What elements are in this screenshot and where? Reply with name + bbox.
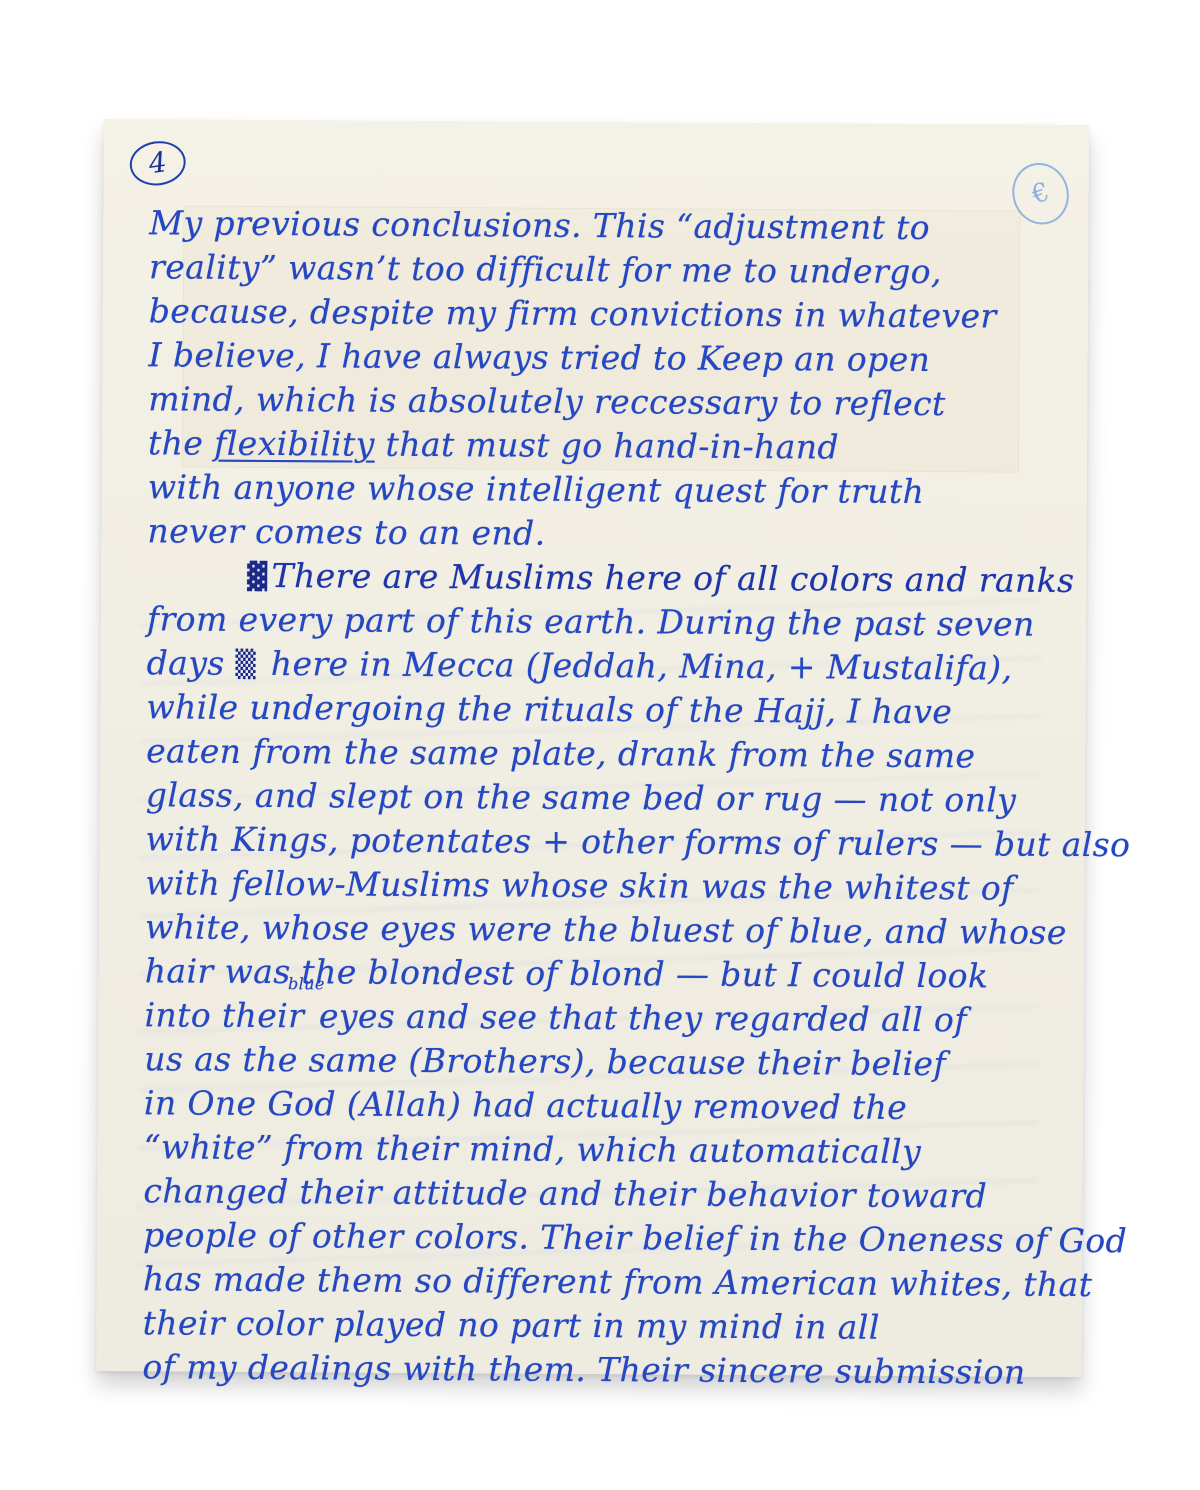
text-line-12: while undergoing the rituals of the Hajj… (146, 685, 1046, 734)
crossed-out-mark-icon: ▒ (235, 643, 256, 687)
text-segment: that must go hand-in-hand (375, 425, 839, 467)
text-segment: eyes and see that they regarded all of (308, 996, 967, 1039)
text-line-10: from every part of this earth. During th… (147, 597, 1047, 646)
inserted-word-blue: blue (288, 976, 325, 992)
text-line-16: with fellow-Muslims whose skin was the w… (145, 861, 1045, 910)
text-line-8: never comes to an end. (147, 509, 1047, 558)
text-line-9-paragraph-start: ▓There are Muslims here of all colors an… (147, 553, 1047, 602)
text-line-13: eaten from the same plate, drank from th… (146, 729, 1046, 778)
circled-page-number: 4 (127, 138, 188, 189)
caret-insertion: blue (304, 994, 308, 1038)
text-segment: the (148, 423, 214, 462)
text-line-26: their color played no part in my mind in… (143, 1301, 1043, 1350)
text-segment: into their (144, 995, 304, 1035)
underlined-word-flexibility: flexibility (214, 424, 375, 464)
text-line-18: hair was the blondest of blond — but I c… (145, 949, 1045, 998)
crossed-out-mark-icon: ▓ (247, 555, 268, 599)
text-line-22: “white” from their mind, which automatic… (144, 1125, 1044, 1174)
text-segment: days (147, 643, 236, 683)
text-line-17: white, whose eyes were the bluest of blu… (145, 905, 1045, 954)
text-line-2: reality” wasn’t too difficult for me to … (149, 245, 1049, 294)
handwritten-text: My previous conclusions. This “adjustmen… (142, 201, 1049, 1394)
text-line-27: of my dealings with them. Their sincere … (142, 1345, 1042, 1394)
text-line-6: the flexibility that must go hand-in-han… (148, 421, 1048, 470)
text-line-24: people of other colors. Their belief in … (143, 1213, 1043, 1262)
text-line-14: glass, and slept on the same bed or rug … (146, 773, 1046, 822)
text-line-25: has made them so different from American… (143, 1257, 1043, 1306)
text-line-7: with anyone whose intelligent quest for … (148, 465, 1048, 514)
text-line-19: into their blue eyes and see that they r… (144, 993, 1044, 1042)
text-line-3: because, despite my firm convictions in … (149, 289, 1049, 338)
text-line-4: I believe, I have always tried to Keep a… (148, 333, 1048, 382)
text-line-5: mind, which is absolutely reccessary to … (148, 377, 1048, 426)
text-segment: There are Muslims here of all colors and… (272, 556, 1075, 600)
text-line-21: in One God (Allah) had actually removed … (144, 1081, 1044, 1130)
text-line-11: days ▒ here in Mecca (Jeddah, Mina, + Mu… (147, 641, 1047, 690)
text-line-15: with Kings, potentates + other forms of … (145, 817, 1045, 866)
text-line-23: changed their attitude and their behavio… (143, 1169, 1043, 1218)
letter-page: 4 € My previous conclusions. This “adjus… (96, 119, 1089, 1377)
text-segment: here in Mecca (Jeddah, Mina, + Mustalifa… (260, 644, 1013, 688)
text-line-20: us as the same (Brothers), because their… (144, 1037, 1044, 1086)
text-line-1: My previous conclusions. This “adjustmen… (149, 201, 1049, 250)
